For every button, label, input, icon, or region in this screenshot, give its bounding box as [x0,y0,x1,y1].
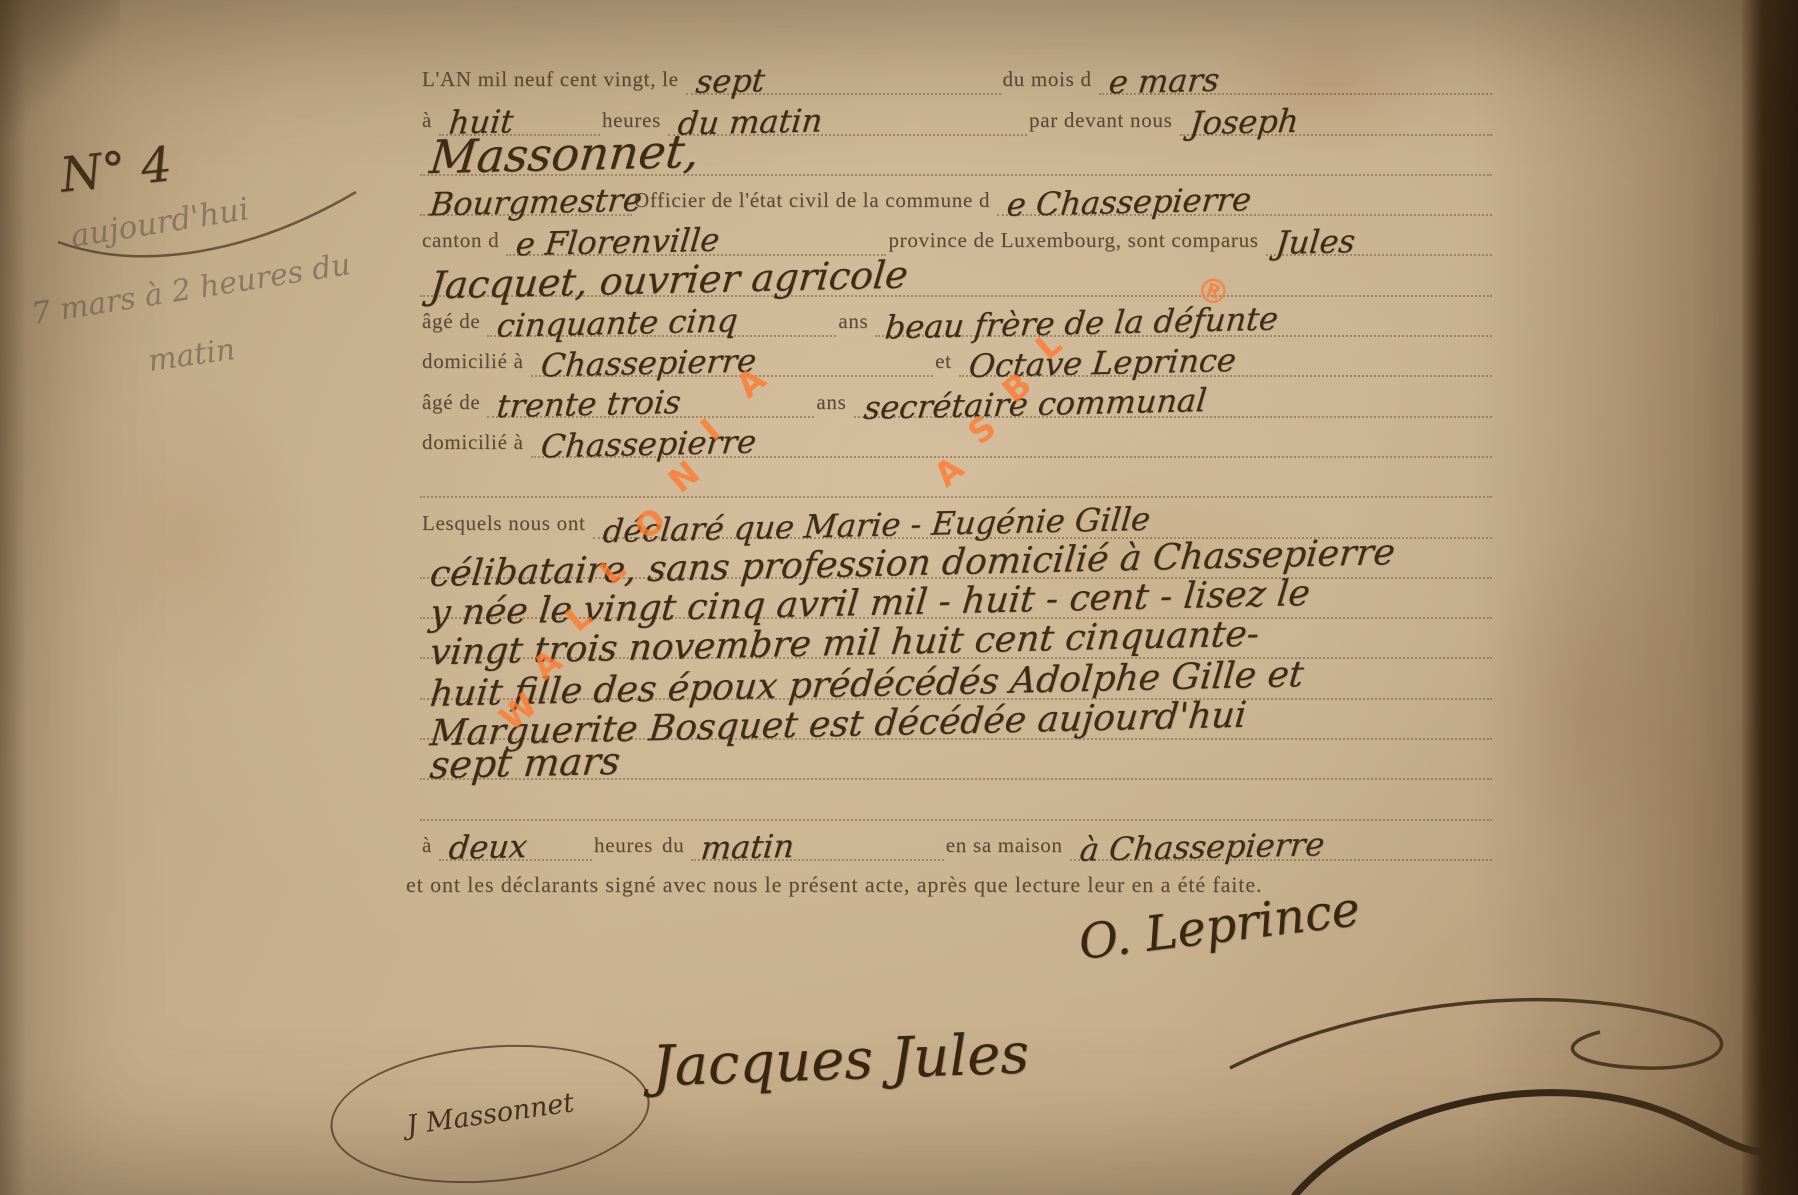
printed-form-text: ans [836,309,875,337]
page-curve-shadow [1470,0,1760,1195]
form-line-5: canton de Florenvilleprovince de Luxembo… [404,216,1492,256]
form-line-18: sept mars [404,740,1492,780]
handwriting-text: Chassepierre [539,422,758,465]
handwriting-text: cinquante cinq [496,301,741,345]
handwriting-text: Chassepierre [539,342,758,385]
handwriting-text: deux [447,827,529,867]
printed-form-text: en sa maison [944,833,1070,861]
handwritten-entry: à Chassepierre [1070,819,1492,861]
printed-form-text: province de Luxembourg, sont comparus [886,228,1265,256]
signature-declarant-1: Jacques Jules [651,1021,1030,1099]
handwriting-text: Octave Leprince [967,341,1238,385]
pencil-margin-note: matin [146,332,237,379]
signature-officer: J Massonnet [404,1087,575,1141]
printed-form-text: âgé de [420,390,487,418]
form-line-12: Lesquels nous ontdéclaré que Marie - Eug… [404,498,1492,538]
printed-form-text: domicilié à [420,349,531,377]
printed-form-text: domicilié à [420,430,531,458]
form-line-19 [404,780,1492,820]
printed-form-text: à [420,833,439,861]
book-edge-dark-strip [1742,0,1798,1195]
handwritten-entry: e Florenville [506,214,886,256]
handwritten-entry: Joseph [1180,93,1493,135]
form-line-1: L'AN mil neuf cent vingt, leseptdu mois … [404,55,1492,95]
printed-form-text: L'AN mil neuf cent vingt, le [420,67,686,95]
ruled-dotted-line [420,778,1492,820]
form-line-20: àdeuxheuresdumatinen sa maisonà Chassepi… [404,821,1492,861]
handwriting-text: trente trois [496,383,684,425]
printed-form-text: heures [592,833,660,861]
printed-form-text: Lesquels nous ont [420,511,593,539]
handwritten-entry: célibataire, sans profession domicilié à… [420,537,1492,579]
handwritten-entry: secrétaire communal [854,375,1493,417]
printed-form-text: ans [814,390,853,418]
printed-form-text: canton d [420,228,506,256]
handwriting-text: Massonnet, [427,124,701,184]
handwriting-text: Jules [1274,223,1357,263]
handwriting-text: Bourgmestre [428,181,644,224]
page-edge-shadow-left [0,0,26,1195]
form-line-13: célibataire, sans profession domicilié à… [404,539,1492,579]
form-line-4: BourgmestreOfficier de l'état civil de l… [404,176,1492,216]
form-line-6: Jacquet, ouvrier agricole [404,256,1492,296]
handwriting-text: sept [694,61,766,101]
handwritten-entry: sept [686,53,1001,95]
handwritten-entry: e mars [1099,53,1492,95]
handwritten-entry: beau frère de la défunte [875,295,1492,337]
form-line-3: Massonnet, [404,136,1492,176]
register-page-scan: N° 4 aujourd'hui 7 mars à 2 heures du ma… [0,0,1798,1195]
handwriting-text: matin [700,827,797,867]
printed-form-text: du mois d [1001,67,1099,95]
handwritten-entry: deux [439,819,592,861]
handwriting-text: secrétaire communal [862,381,1208,427]
handwriting-text: Joseph [1188,101,1300,142]
handwritten-entry: Jules [1266,214,1492,256]
form-lines: L'AN mil neuf cent vingt, leseptdu mois … [404,55,1492,901]
handwritten-entry: matin [691,819,943,861]
printed-form-text: et ont les déclarants signé avec nous le… [404,872,1269,901]
printed-form-text: et [933,349,959,377]
paper-stain [60,380,320,700]
handwritten-entry: e Chassepierre [997,174,1492,216]
handwritten-entry: Massonnet, [420,134,1492,176]
handwritten-entry: sept mars [420,738,1492,780]
printed-form-text: du [660,833,691,861]
handwriting-text: sept mars [428,739,622,787]
printed-form-text: âgé de [420,309,487,337]
printed-form-text: par devant nous [1027,108,1179,136]
handwriting-text: à Chassepierre [1078,825,1326,869]
handwriting-text: e mars [1107,61,1221,102]
handwriting-text: e Chassepierre [1005,180,1253,224]
printed-form-text: Officier de l'état civil de la commune d [632,188,997,216]
handwritten-entry: Jacquet, ouvrier agricole [420,254,1492,296]
